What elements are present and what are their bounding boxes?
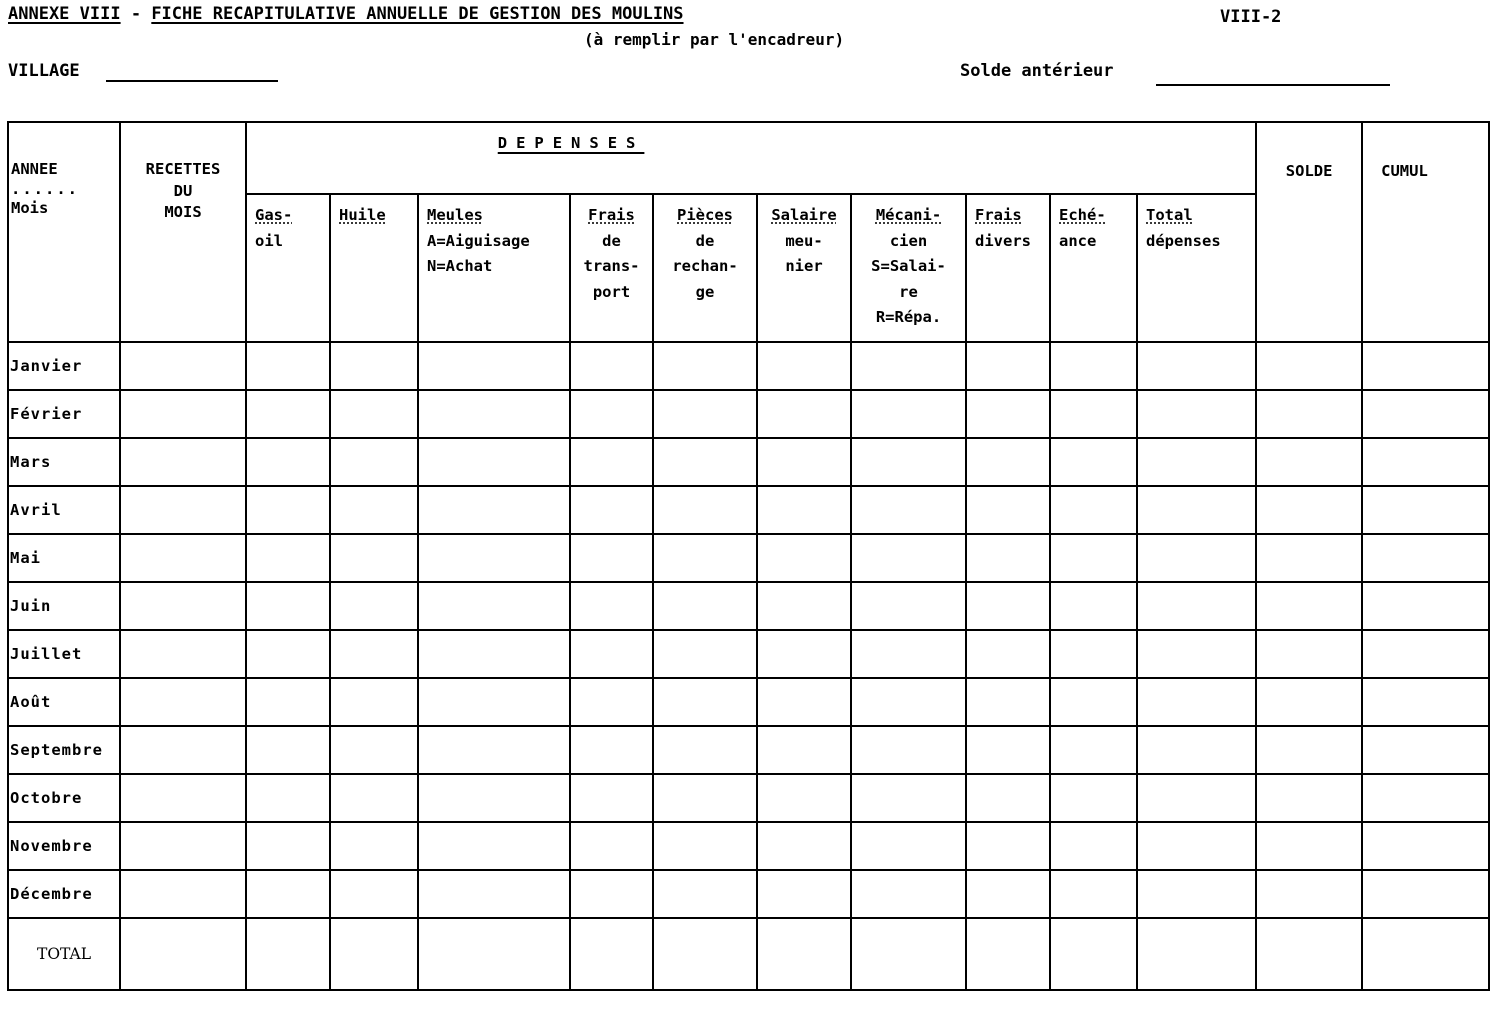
header-huile-line: Huile [339, 203, 411, 229]
total-cell-frais-transport[interactable] [570, 918, 653, 990]
cell-cumul[interactable] [1362, 390, 1489, 438]
column-header-total-depenses: Totaldépenses [1137, 194, 1256, 342]
cell-cumul[interactable] [1362, 342, 1489, 390]
cell-gasoil[interactable] [246, 870, 330, 918]
cell-total-depenses[interactable] [1137, 582, 1256, 630]
cell-pieces-rechange[interactable] [653, 774, 757, 822]
total-cell-salaire-meunier[interactable] [757, 918, 851, 990]
cell-huile[interactable] [330, 822, 418, 870]
column-header-cumul: CUMUL [1362, 122, 1489, 342]
header-month-label: Mois [11, 196, 119, 221]
header-mecanicien-line: cien [854, 229, 963, 255]
cell-frais-transport[interactable] [570, 678, 653, 726]
cell-mecanicien[interactable] [851, 390, 966, 438]
solde-anterieur-field[interactable] [1156, 84, 1390, 86]
total-cell-solde[interactable] [1256, 918, 1362, 990]
cell-solde[interactable] [1256, 390, 1362, 438]
header-echeance-line: Eché- [1059, 203, 1130, 229]
cell-frais-transport[interactable] [570, 390, 653, 438]
cell-meules[interactable] [418, 534, 570, 582]
cell-salaire-meunier[interactable] [757, 438, 851, 486]
cell-echeance[interactable] [1050, 582, 1137, 630]
cell-solde[interactable] [1256, 342, 1362, 390]
month-label: Juillet [8, 630, 120, 678]
header-year-dots: ...... [11, 182, 119, 196]
column-header-mecanicien: Mécani-cienS=Salai-reR=Répa. [851, 194, 966, 342]
cell-huile[interactable] [330, 870, 418, 918]
cell-meules[interactable] [418, 774, 570, 822]
cell-mecanicien[interactable] [851, 774, 966, 822]
cell-meules[interactable] [418, 486, 570, 534]
header-frais-transport-line: de [573, 229, 650, 255]
header-pieces-rechange-line: de [656, 229, 754, 255]
month-label: Mars [8, 438, 120, 486]
header-year-label: ANNEE [11, 157, 119, 182]
cell-total-depenses[interactable] [1137, 822, 1256, 870]
cell-frais-transport[interactable] [570, 582, 653, 630]
cell-total-depenses[interactable] [1137, 438, 1256, 486]
total-cell-meules[interactable] [418, 918, 570, 990]
header-echeance-line: ance [1059, 229, 1130, 255]
cell-gasoil[interactable] [246, 438, 330, 486]
cell-gasoil[interactable] [246, 342, 330, 390]
month-label: Janvier [8, 342, 120, 390]
cell-cumul[interactable] [1362, 726, 1489, 774]
cell-recettes[interactable] [120, 774, 246, 822]
column-header-year-month: ANNEE ...... Mois [8, 122, 120, 342]
form-title: FICHE RECAPITULATIVE ANNUELLE DE GESTION… [151, 4, 683, 24]
cell-frais-divers[interactable] [966, 582, 1050, 630]
total-label: TOTAL [8, 918, 120, 990]
cell-huile[interactable] [330, 630, 418, 678]
month-label: Novembre [8, 822, 120, 870]
cell-recettes[interactable] [120, 342, 246, 390]
header-pieces-rechange-line: ge [656, 280, 754, 306]
cell-recettes[interactable] [120, 582, 246, 630]
header-meules-line: A=Aiguisage [427, 229, 563, 255]
month-label: Février [8, 390, 120, 438]
table-row: Mars [8, 438, 1489, 486]
header-frais-divers-line: Frais [975, 203, 1043, 229]
cell-frais-divers[interactable] [966, 342, 1050, 390]
cell-salaire-meunier[interactable] [757, 630, 851, 678]
cell-salaire-meunier[interactable] [757, 486, 851, 534]
column-header-pieces-rechange: Piècesderechan-ge [653, 194, 757, 342]
cell-huile[interactable] [330, 438, 418, 486]
cell-cumul[interactable] [1362, 486, 1489, 534]
total-cell-echeance[interactable] [1050, 918, 1137, 990]
table-row: Mai [8, 534, 1489, 582]
cell-cumul[interactable] [1362, 774, 1489, 822]
cell-echeance[interactable] [1050, 390, 1137, 438]
cell-frais-transport[interactable] [570, 438, 653, 486]
cell-total-depenses[interactable] [1137, 774, 1256, 822]
cell-echeance[interactable] [1050, 342, 1137, 390]
title-separator: - [121, 4, 152, 24]
document-title: ANNEXE VIII - FICHE RECAPITULATIVE ANNUE… [8, 4, 684, 24]
cell-frais-transport[interactable] [570, 726, 653, 774]
column-header-frais-transport: Fraisdetrans-port [570, 194, 653, 342]
header-mecanicien-line: S=Salai- [854, 254, 963, 280]
cell-meules[interactable] [418, 822, 570, 870]
column-header-solde: SOLDE [1256, 122, 1362, 342]
village-label: VILLAGE [8, 61, 80, 81]
table-row: Décembre [8, 870, 1489, 918]
cell-gasoil[interactable] [246, 774, 330, 822]
cell-frais-divers[interactable] [966, 774, 1050, 822]
cell-salaire-meunier[interactable] [757, 726, 851, 774]
cell-gasoil[interactable] [246, 486, 330, 534]
cell-recettes[interactable] [120, 822, 246, 870]
month-label: Août [8, 678, 120, 726]
cell-recettes[interactable] [120, 486, 246, 534]
cell-salaire-meunier[interactable] [757, 870, 851, 918]
month-label: Octobre [8, 774, 120, 822]
header-recettes-line3: MOIS [121, 200, 245, 225]
cell-pieces-rechange[interactable] [653, 870, 757, 918]
cell-echeance[interactable] [1050, 870, 1137, 918]
cell-gasoil[interactable] [246, 534, 330, 582]
header-mecanicien-line: R=Répa. [854, 305, 963, 331]
total-cell-frais-divers[interactable] [966, 918, 1050, 990]
header-pieces-rechange-line: Pièces [656, 203, 754, 229]
header-frais-transport-line: trans- [573, 254, 650, 280]
total-row: TOTAL [8, 918, 1489, 990]
cell-total-depenses[interactable] [1137, 726, 1256, 774]
cell-total-depenses[interactable] [1137, 342, 1256, 390]
cell-meules[interactable] [418, 630, 570, 678]
cell-cumul[interactable] [1362, 582, 1489, 630]
cell-recettes[interactable] [120, 534, 246, 582]
cell-pieces-rechange[interactable] [653, 582, 757, 630]
total-cell-gasoil[interactable] [246, 918, 330, 990]
header-mecanicien-line: Mécani- [854, 203, 963, 229]
cell-huile[interactable] [330, 774, 418, 822]
cell-solde[interactable] [1256, 870, 1362, 918]
cell-meules[interactable] [418, 438, 570, 486]
total-cell-total-depenses[interactable] [1137, 918, 1256, 990]
cell-recettes[interactable] [120, 438, 246, 486]
cell-cumul[interactable] [1362, 822, 1489, 870]
cell-salaire-meunier[interactable] [757, 774, 851, 822]
table-row: Février [8, 390, 1489, 438]
page-reference: VIII-2 [1220, 7, 1281, 27]
month-label: Juin [8, 582, 120, 630]
cell-meules[interactable] [418, 390, 570, 438]
cell-salaire-meunier[interactable] [757, 534, 851, 582]
cell-gasoil[interactable] [246, 630, 330, 678]
cell-frais-divers[interactable] [966, 438, 1050, 486]
depenses-group-label: DEPENSES [498, 131, 645, 156]
cell-frais-transport[interactable] [570, 486, 653, 534]
cell-meules[interactable] [418, 678, 570, 726]
cell-cumul[interactable] [1362, 870, 1489, 918]
cell-frais-divers[interactable] [966, 870, 1050, 918]
header-gasoil-line: oil [255, 229, 323, 255]
total-cell-pieces-rechange[interactable] [653, 918, 757, 990]
cell-huile[interactable] [330, 534, 418, 582]
header-frais-transport-line: port [573, 280, 650, 306]
cell-pieces-rechange[interactable] [653, 822, 757, 870]
cell-mecanicien[interactable] [851, 726, 966, 774]
cell-salaire-meunier[interactable] [757, 678, 851, 726]
table-row: Juillet [8, 630, 1489, 678]
cell-mecanicien[interactable] [851, 678, 966, 726]
month-label: Septembre [8, 726, 120, 774]
cell-recettes[interactable] [120, 678, 246, 726]
cell-cumul[interactable] [1362, 438, 1489, 486]
cell-salaire-meunier[interactable] [757, 822, 851, 870]
table-body: JanvierFévrierMarsAvrilMaiJuinJuilletAoû… [8, 342, 1489, 990]
cell-mecanicien[interactable] [851, 534, 966, 582]
cell-gasoil[interactable] [246, 390, 330, 438]
cell-pieces-rechange[interactable] [653, 342, 757, 390]
cell-total-depenses[interactable] [1137, 630, 1256, 678]
cell-cumul[interactable] [1362, 630, 1489, 678]
cell-mecanicien[interactable] [851, 822, 966, 870]
cell-echeance[interactable] [1050, 486, 1137, 534]
cell-mecanicien[interactable] [851, 486, 966, 534]
header-meules-line: Meules [427, 203, 563, 229]
header-total-depenses-line: dépenses [1146, 229, 1249, 255]
cell-echeance[interactable] [1050, 726, 1137, 774]
cell-huile[interactable] [330, 678, 418, 726]
cell-huile[interactable] [330, 726, 418, 774]
cell-echeance[interactable] [1050, 774, 1137, 822]
column-header-echeance: Eché-ance [1050, 194, 1137, 342]
header-gasoil-line: Gas- [255, 203, 323, 229]
cell-pieces-rechange[interactable] [653, 438, 757, 486]
month-label: Décembre [8, 870, 120, 918]
cell-frais-divers[interactable] [966, 726, 1050, 774]
cell-recettes[interactable] [120, 726, 246, 774]
cell-mecanicien[interactable] [851, 582, 966, 630]
total-cell-cumul[interactable] [1362, 918, 1489, 990]
table-row: Juin [8, 582, 1489, 630]
cell-solde[interactable] [1256, 534, 1362, 582]
cell-total-depenses[interactable] [1137, 534, 1256, 582]
cell-mecanicien[interactable] [851, 342, 966, 390]
cell-huile[interactable] [330, 342, 418, 390]
cell-cumul[interactable] [1362, 534, 1489, 582]
cell-frais-divers[interactable] [966, 678, 1050, 726]
table-row: Septembre [8, 726, 1489, 774]
table-row: Novembre [8, 822, 1489, 870]
cell-salaire-meunier[interactable] [757, 390, 851, 438]
header-row-1: ANNEE ...... Mois RECETTES DU MOIS DEPEN… [8, 122, 1489, 194]
cell-huile[interactable] [330, 486, 418, 534]
cell-echeance[interactable] [1050, 534, 1137, 582]
cell-total-depenses[interactable] [1137, 870, 1256, 918]
table-row: Octobre [8, 774, 1489, 822]
cell-solde[interactable] [1256, 678, 1362, 726]
month-label: Avril [8, 486, 120, 534]
column-header-recettes: RECETTES DU MOIS [120, 122, 246, 342]
header-recettes-line2: DU [121, 182, 245, 200]
cell-recettes[interactable] [120, 870, 246, 918]
header-pieces-rechange-line: rechan- [656, 254, 754, 280]
cell-recettes[interactable] [120, 630, 246, 678]
month-label: Mai [8, 534, 120, 582]
cell-total-depenses[interactable] [1137, 486, 1256, 534]
cell-frais-divers[interactable] [966, 390, 1050, 438]
village-field[interactable] [106, 80, 278, 82]
cell-pieces-rechange[interactable] [653, 630, 757, 678]
cell-frais-transport[interactable] [570, 870, 653, 918]
table-row: Août [8, 678, 1489, 726]
cell-meules[interactable] [418, 342, 570, 390]
cell-recettes[interactable] [120, 390, 246, 438]
cell-solde[interactable] [1256, 630, 1362, 678]
annual-summary-table: ANNEE ...... Mois RECETTES DU MOIS DEPEN… [7, 121, 1490, 991]
cell-echeance[interactable] [1050, 678, 1137, 726]
cell-solde[interactable] [1256, 774, 1362, 822]
column-group-depenses: DEPENSES [246, 122, 1256, 194]
table-row: Janvier [8, 342, 1489, 390]
cell-mecanicien[interactable] [851, 438, 966, 486]
cell-gasoil[interactable] [246, 678, 330, 726]
column-header-meules: MeulesA=AiguisageN=Achat [418, 194, 570, 342]
annex-label: ANNEXE VIII [8, 4, 121, 24]
cell-gasoil[interactable] [246, 726, 330, 774]
cell-meules[interactable] [418, 870, 570, 918]
cell-solde[interactable] [1256, 726, 1362, 774]
cell-salaire-meunier[interactable] [757, 342, 851, 390]
cell-mecanicien[interactable] [851, 870, 966, 918]
header-meules-line: N=Achat [427, 254, 563, 280]
cell-pieces-rechange[interactable] [653, 678, 757, 726]
cell-huile[interactable] [330, 582, 418, 630]
form-subtitle: (à remplir par l'encadreur) [584, 30, 844, 49]
header-frais-transport-line: Frais [573, 203, 650, 229]
cell-mecanicien[interactable] [851, 630, 966, 678]
cell-echeance[interactable] [1050, 822, 1137, 870]
cell-salaire-meunier[interactable] [757, 582, 851, 630]
header-salaire-meunier-line: Salaire [760, 203, 848, 229]
cell-frais-transport[interactable] [570, 534, 653, 582]
column-header-huile: Huile [330, 194, 418, 342]
total-cell-mecanicien[interactable] [851, 918, 966, 990]
cell-echeance[interactable] [1050, 438, 1137, 486]
column-header-gasoil: Gas-oil [246, 194, 330, 342]
cell-solde[interactable] [1256, 486, 1362, 534]
solde-anterieur-label: Solde antérieur [960, 61, 1114, 81]
cell-gasoil[interactable] [246, 582, 330, 630]
cell-frais-transport[interactable] [570, 822, 653, 870]
cell-frais-divers[interactable] [966, 822, 1050, 870]
cell-gasoil[interactable] [246, 822, 330, 870]
cell-solde[interactable] [1256, 438, 1362, 486]
table-row: Avril [8, 486, 1489, 534]
cell-total-depenses[interactable] [1137, 390, 1256, 438]
cell-pieces-rechange[interactable] [653, 534, 757, 582]
header-recettes-line1: RECETTES [121, 157, 245, 182]
cell-frais-transport[interactable] [570, 774, 653, 822]
column-header-frais-divers: Fraisdivers [966, 194, 1050, 342]
cell-huile[interactable] [330, 390, 418, 438]
cell-frais-divers[interactable] [966, 486, 1050, 534]
header-salaire-meunier-line: nier [760, 254, 848, 280]
cell-solde[interactable] [1256, 582, 1362, 630]
cell-cumul[interactable] [1362, 678, 1489, 726]
cell-solde[interactable] [1256, 822, 1362, 870]
total-cell-recettes[interactable] [120, 918, 246, 990]
header-frais-divers-line: divers [975, 229, 1043, 255]
cell-meules[interactable] [418, 582, 570, 630]
header-mecanicien-line: re [854, 280, 963, 306]
cell-total-depenses[interactable] [1137, 678, 1256, 726]
column-header-salaire-meunier: Salairemeu-nier [757, 194, 851, 342]
header-total-depenses-line: Total [1146, 203, 1249, 229]
cell-meules[interactable] [418, 726, 570, 774]
cell-echeance[interactable] [1050, 630, 1137, 678]
cell-frais-divers[interactable] [966, 534, 1050, 582]
cell-pieces-rechange[interactable] [653, 390, 757, 438]
total-cell-huile[interactable] [330, 918, 418, 990]
cell-pieces-rechange[interactable] [653, 726, 757, 774]
cell-frais-transport[interactable] [570, 630, 653, 678]
cell-frais-divers[interactable] [966, 630, 1050, 678]
header-salaire-meunier-line: meu- [760, 229, 848, 255]
cell-frais-transport[interactable] [570, 342, 653, 390]
cell-pieces-rechange[interactable] [653, 486, 757, 534]
